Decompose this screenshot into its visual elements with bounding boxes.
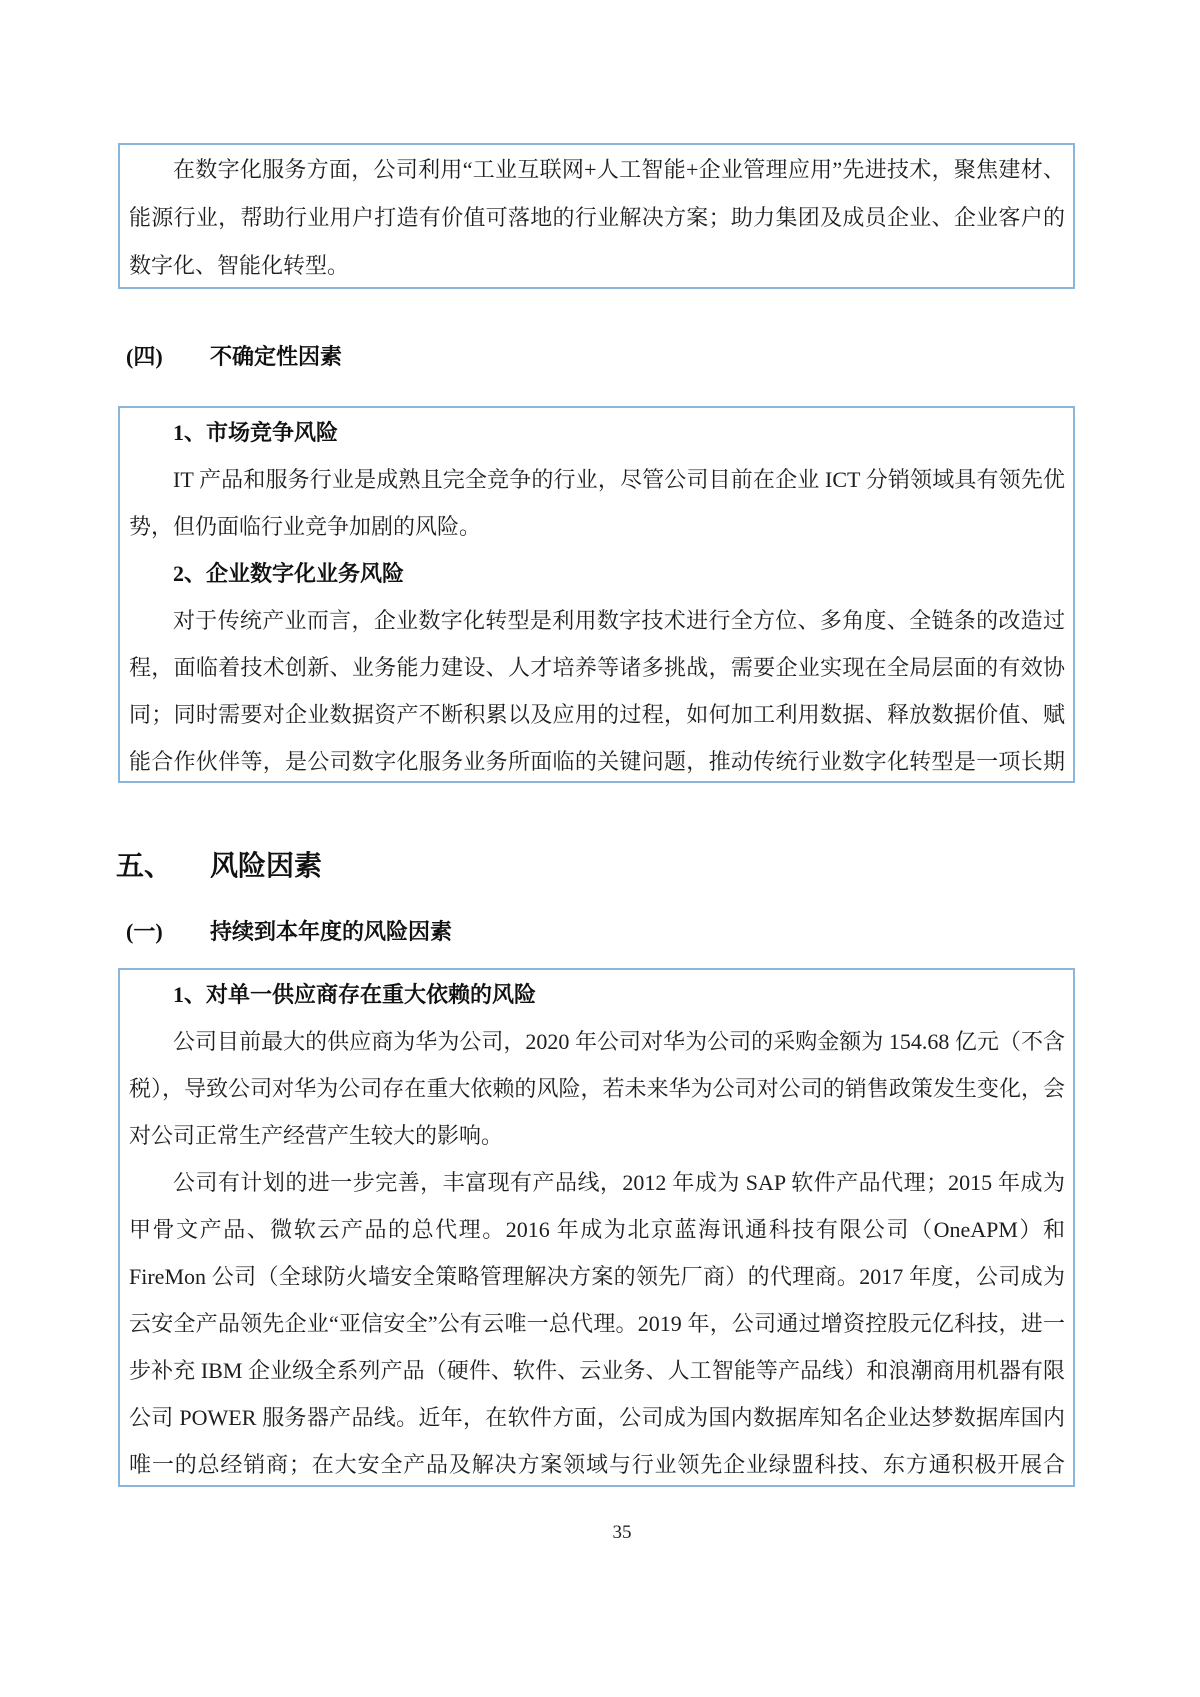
subsection-heading-continuing-risks-title: 持续到本年度的风险因素	[210, 915, 452, 946]
digitalization-business-risk-title: 2、企业数字化业务风险	[129, 550, 1065, 597]
uncertainty-factors-box: 1、市场竞争风险 IT 产品和服务行业是成熟且完全竞争的行业，尽管公司目前在企业…	[118, 406, 1075, 783]
subsection-heading-continuing-risks-number: (一)	[126, 915, 210, 946]
section-heading-uncertainty-title: 不确定性因素	[210, 340, 342, 371]
digital-services-box: 在数字化服务方面，公司利用“工业互联网+人工智能+企业管理应用”先进技术，聚焦建…	[118, 143, 1075, 289]
supplier-dependence-risk-body-2: 公司有计划的进一步完善，丰富现有产品线，2012 年成为 SAP 软件产品代理；…	[129, 1159, 1065, 1487]
page-number: 35	[22, 1522, 1200, 1544]
subsection-heading-continuing-risks: (一) 持续到本年度的风险因素	[126, 915, 452, 946]
supplier-dependence-risk-box: 1、对单一供应商存在重大依赖的风险 公司目前最大的供应商为华为公司，2020 年…	[118, 968, 1075, 1487]
section-heading-uncertainty: (四) 不确定性因素	[126, 340, 342, 371]
section-heading-risk-factors-title: 风险因素	[210, 844, 322, 884]
document-page: 在数字化服务方面，公司利用“工业互联网+人工智能+企业管理应用”先进技术，聚焦建…	[0, 0, 1200, 1697]
supplier-dependence-risk-title: 1、对单一供应商存在重大依赖的风险	[129, 971, 1065, 1018]
digitalization-business-risk-body: 对于传统产业而言，企业数字化转型是利用数字技术进行全方位、多角度、全链条的改造过…	[129, 597, 1065, 783]
section-heading-risk-factors-number: 五、	[116, 844, 210, 884]
section-heading-risk-factors: 五、 风险因素	[116, 844, 322, 884]
market-competition-risk-title: 1、市场竞争风险	[129, 409, 1065, 456]
supplier-dependence-risk-body-1: 公司目前最大的供应商为华为公司，2020 年公司对华为公司的采购金额为 154.…	[129, 1018, 1065, 1159]
section-heading-uncertainty-number: (四)	[126, 340, 210, 371]
digital-services-paragraph: 在数字化服务方面，公司利用“工业互联网+人工智能+企业管理应用”先进技术，聚焦建…	[129, 146, 1065, 289]
market-competition-risk-body: IT 产品和服务行业是成熟且完全竞争的行业，尽管公司目前在企业 ICT 分销领域…	[129, 456, 1065, 550]
